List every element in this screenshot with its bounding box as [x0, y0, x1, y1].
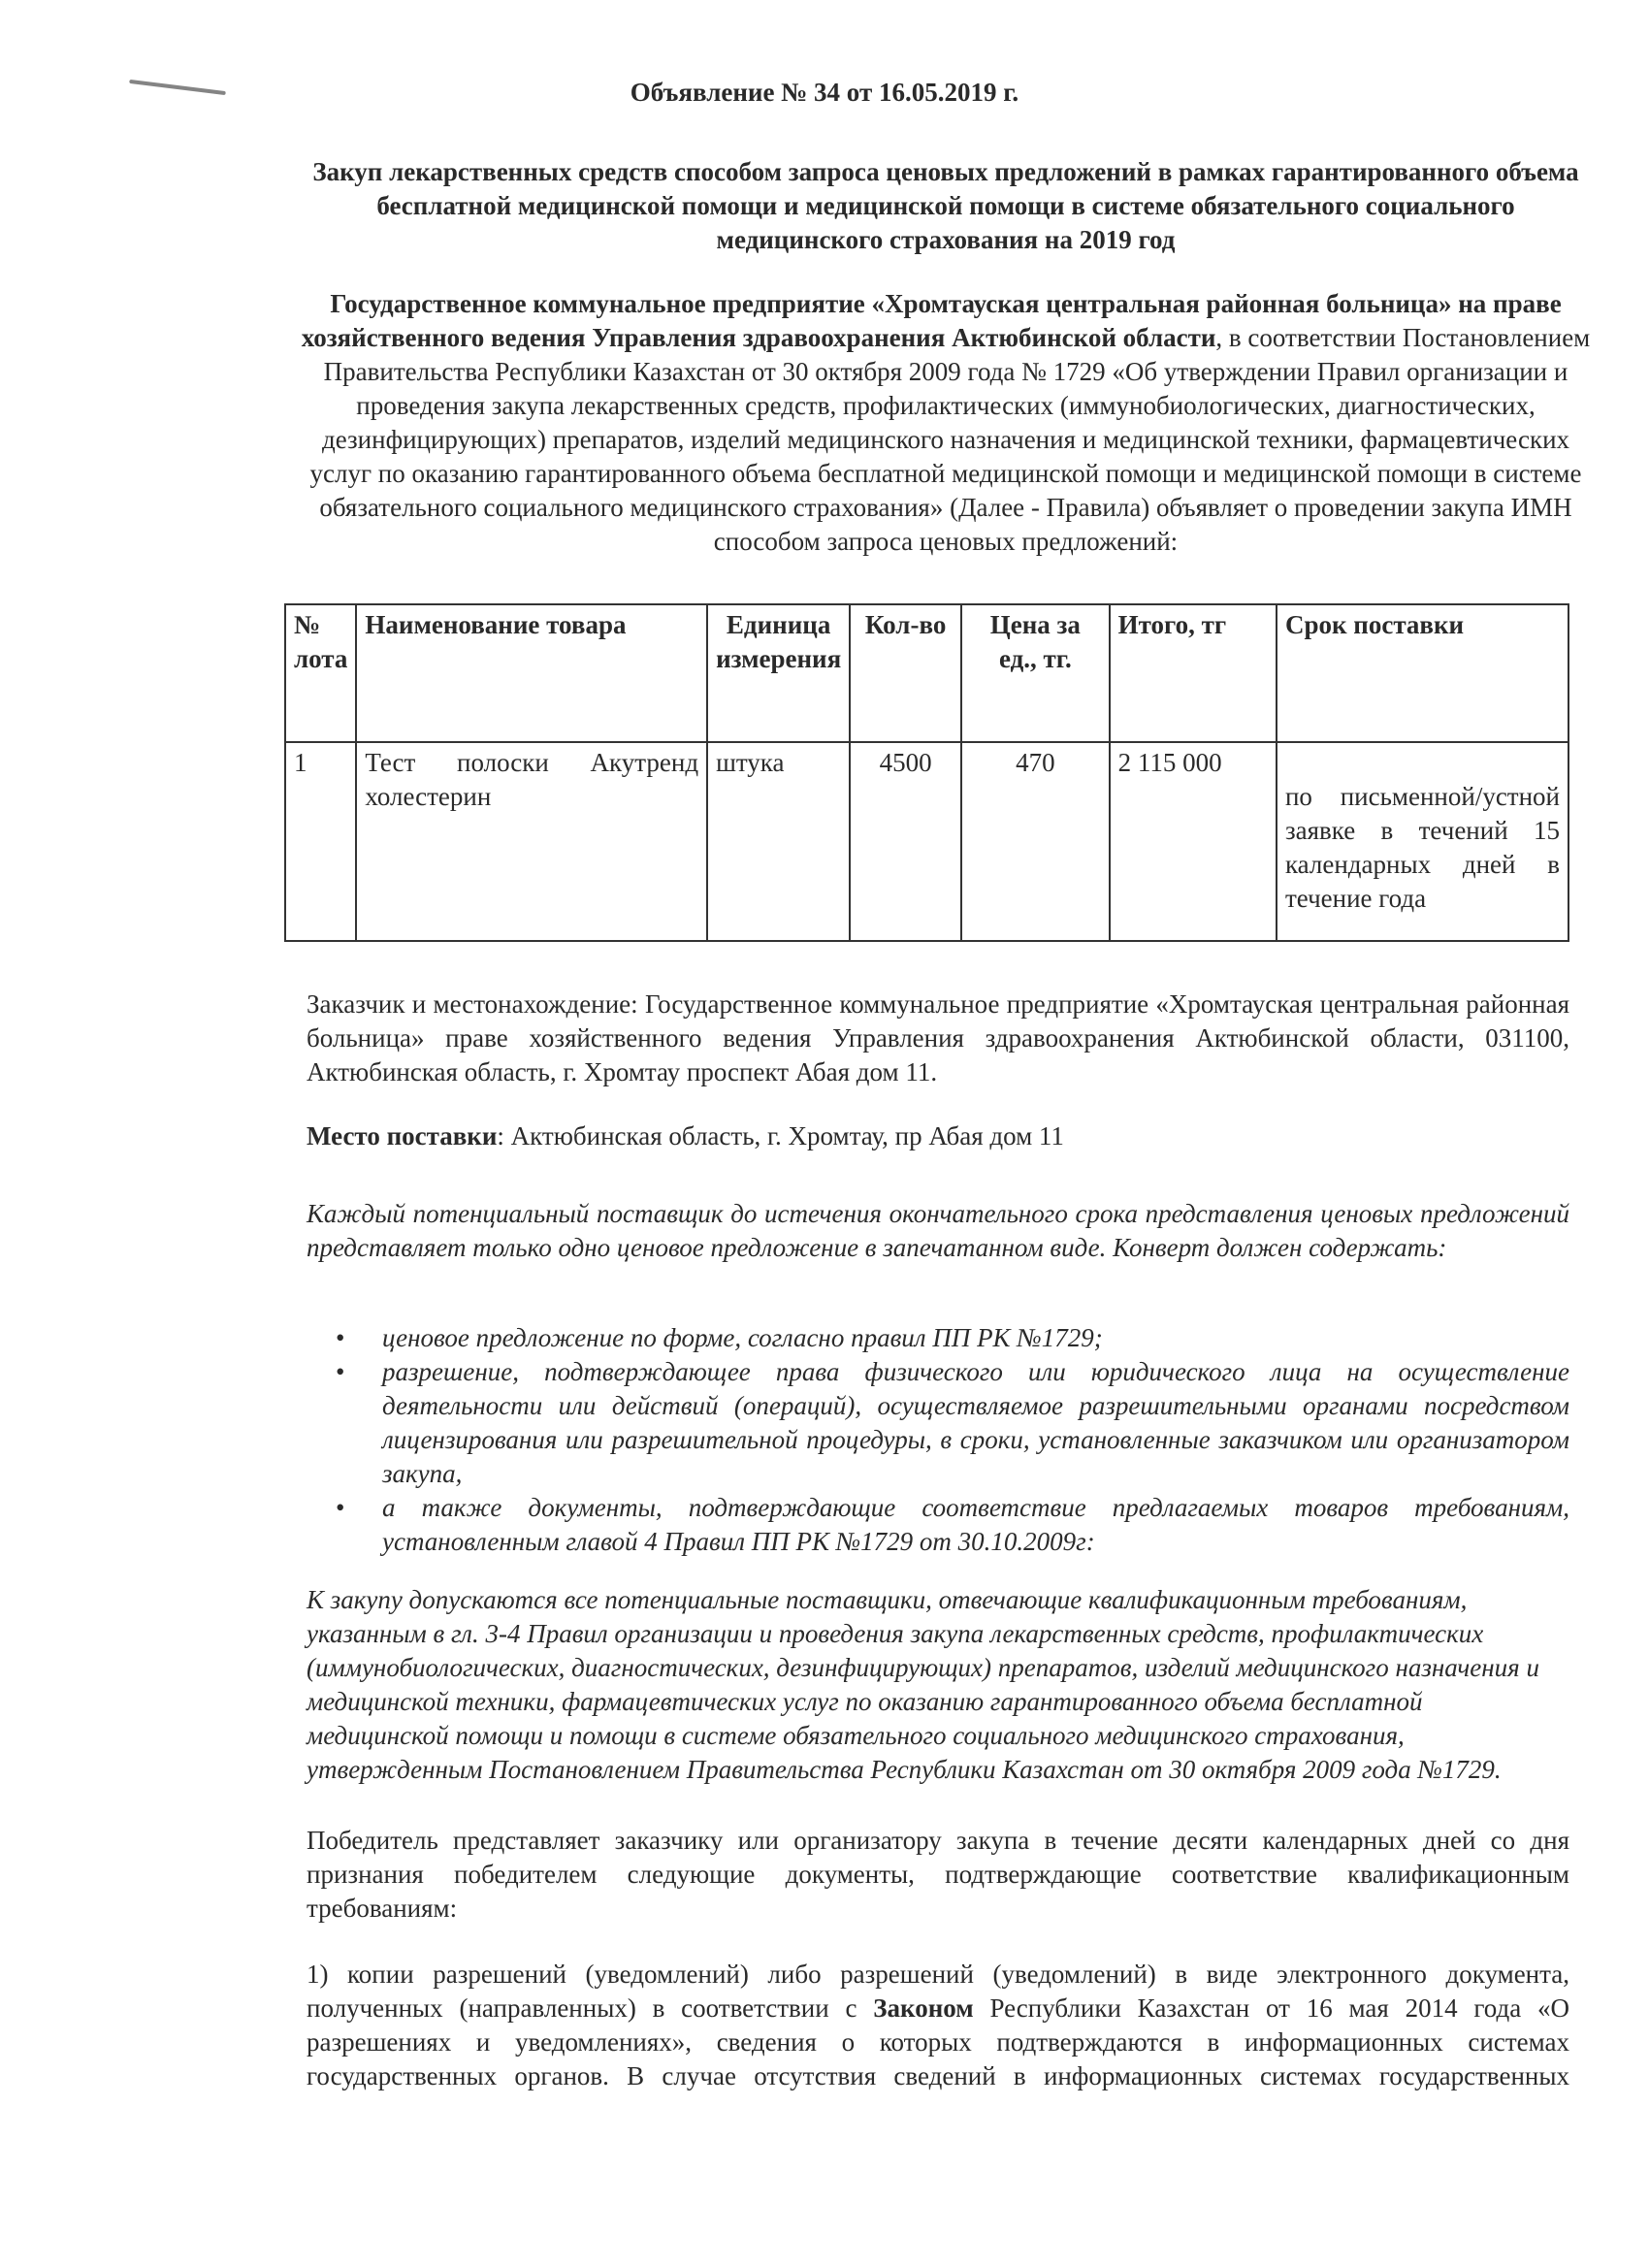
cell-price: 470 — [961, 742, 1110, 941]
intro-body: , в соответствии Постановлением Правител… — [310, 323, 1591, 556]
law-reference: Законом — [873, 1993, 973, 2023]
col-header-total: Итого, тг — [1110, 604, 1277, 742]
lots-table: № лота Наименование товара Единица измер… — [284, 603, 1569, 942]
intro-paragraph: Государственное коммунальное предприятие… — [291, 287, 1600, 559]
cell-delivery: по письменной/устной заявке в течений 15… — [1277, 742, 1568, 941]
col-header-unit: Единица измерения — [707, 604, 850, 742]
col-header-qty: Кол-во — [850, 604, 961, 742]
envelope-notice: Каждый потенциальный поставщик до истече… — [307, 1197, 1569, 1265]
cell-lot: 1 — [285, 742, 356, 941]
list-item: ценовое предложение по форме, согласно п… — [336, 1321, 1569, 1355]
delivery-place-value: : Актюбинская область, г. Хромтау, пр Аб… — [497, 1121, 1064, 1150]
winner-documents-paragraph: Победитель представляет заказчику или ор… — [307, 1824, 1569, 1926]
col-header-delivery: Срок поставки — [1277, 604, 1568, 742]
eligibility-paragraph: К закупу допускаются все потенциальные п… — [307, 1583, 1569, 1787]
cell-qty: 4500 — [850, 742, 961, 941]
list-item: разрешение, подтверждающее права физичес… — [336, 1355, 1569, 1491]
customer-paragraph: Заказчик и местонахождение: Государствен… — [307, 988, 1569, 1089]
document-subtitle: Закуп лекарственных средств способом зап… — [291, 155, 1600, 257]
cell-name: Тест полоски Акутренд холестерин — [356, 742, 707, 941]
table-header-row: № лота Наименование товара Единица измер… — [285, 604, 1568, 742]
envelope-requirements-list: ценовое предложение по форме, согласно п… — [336, 1321, 1569, 1559]
cell-unit: штука — [707, 742, 850, 941]
requirement-item-1: 1) копии разрешений (уведомлений) либо р… — [307, 1958, 1569, 2093]
cell-total: 2 115 000 — [1110, 742, 1277, 941]
delivery-place-label: Место поставки — [307, 1121, 497, 1150]
document-title: Объявление № 34 от 16.05.2019 г. — [0, 78, 1649, 108]
list-item: а также документы, подтверждающие соотве… — [336, 1491, 1569, 1559]
col-header-price: Цена за ед., тг. — [961, 604, 1110, 742]
col-header-name: Наименование товара — [356, 604, 707, 742]
table-row: 1 Тест полоски Акутренд холестерин штука… — [285, 742, 1568, 941]
delivery-place-paragraph: Место поставки: Актюбинская область, г. … — [307, 1119, 1569, 1153]
col-header-lot: № лота — [285, 604, 356, 742]
